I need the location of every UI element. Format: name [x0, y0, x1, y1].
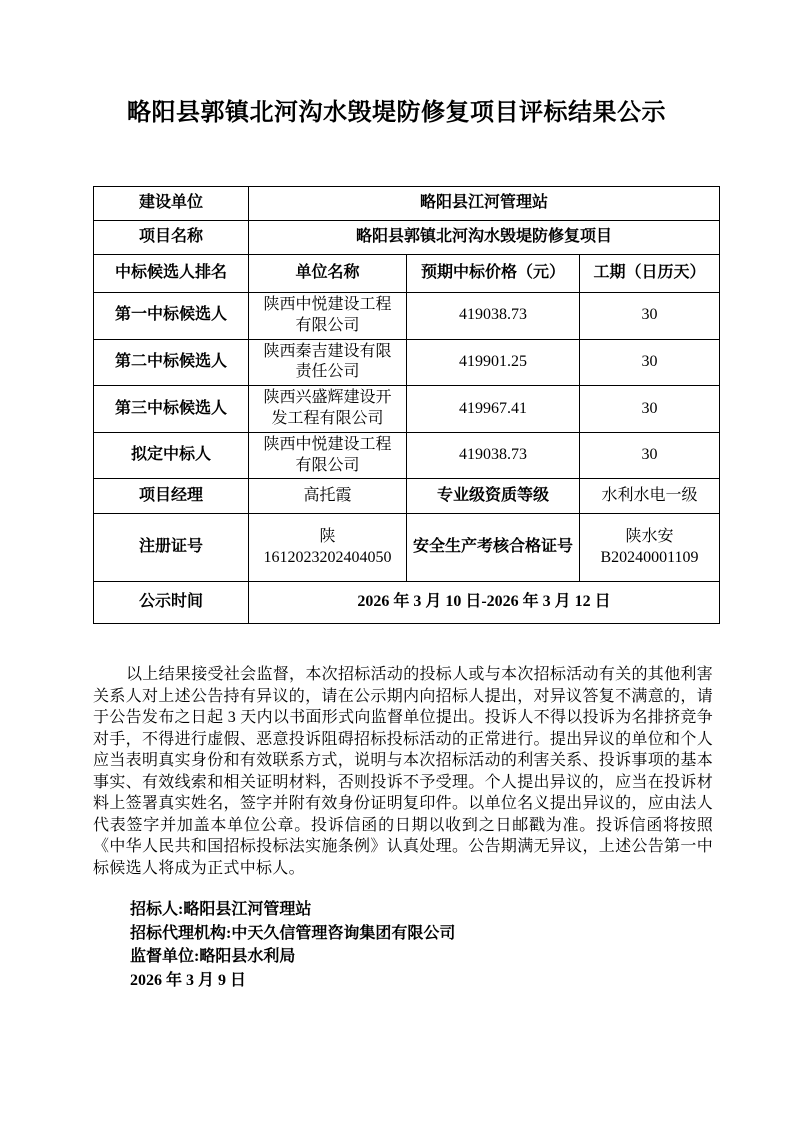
table-row-candidate-2: 第二中标候选人 陕西秦吉建设有限 责任公司 419901.25 30	[94, 339, 720, 386]
candidate-1-rank: 第一中标候选人	[94, 293, 249, 340]
signature-block: 招标人:略阳县江河管理站 招标代理机构:中天久信管理咨询集团有限公司 监督单位:…	[130, 898, 793, 992]
header-price: 预期中标价格（元）	[407, 255, 580, 293]
header-company: 单位名称	[249, 255, 407, 293]
announcement-date: 2026 年 3 月 9 日	[130, 969, 793, 993]
table-row-certificates: 注册证号 陕 1612023202404050 安全生产考核合格证号 陕水安 B…	[94, 514, 720, 582]
project-name-label: 项目名称	[94, 221, 249, 255]
table-row-project-name: 项目名称 略阳县郭镇北河沟水毁堤防修复项目	[94, 221, 720, 255]
qualification-value: 水利水电一级	[580, 479, 720, 514]
proposed-winner-rank: 拟定中标人	[94, 432, 249, 479]
publicity-period-value: 2026 年 3 月 10 日-2026 年 3 月 12 日	[249, 582, 720, 624]
publicity-period-label: 公示时间	[94, 582, 249, 624]
safety-cert-label: 安全生产考核合格证号	[407, 514, 580, 582]
table-header-row: 中标候选人排名 单位名称 预期中标价格（元） 工期（日历天）	[94, 255, 720, 293]
supervision-notice-paragraph: 以上结果接受社会监督，本次招标活动的投标人或与本次招标活动有关的其他利害关系人对…	[93, 664, 713, 879]
table-row-candidate-3: 第三中标候选人 陕西兴盛辉建设开 发工程有限公司 419967.41 30	[94, 386, 720, 433]
registration-cert-label: 注册证号	[94, 514, 249, 582]
proposed-winner-company: 陕西中悦建设工程 有限公司	[249, 432, 407, 479]
registration-cert-value: 陕 1612023202404050	[249, 514, 407, 582]
candidate-2-price: 419901.25	[407, 339, 580, 386]
candidate-3-rank: 第三中标候选人	[94, 386, 249, 433]
candidate-2-duration: 30	[580, 339, 720, 386]
table-row-candidate-1: 第一中标候选人 陕西中悦建设工程 有限公司 419038.73 30	[94, 293, 720, 340]
table-row-publicity-period: 公示时间 2026 年 3 月 10 日-2026 年 3 月 12 日	[94, 582, 720, 624]
construction-unit-value: 略阳县江河管理站	[249, 187, 720, 221]
candidate-2-rank: 第二中标候选人	[94, 339, 249, 386]
project-name-value: 略阳县郭镇北河沟水毁堤防修复项目	[249, 221, 720, 255]
proposed-winner-price: 419038.73	[407, 432, 580, 479]
page-title: 略阳县郭镇北河沟水毁堤防修复项目评标结果公示	[0, 0, 793, 128]
candidate-3-company: 陕西兴盛辉建设开 发工程有限公司	[249, 386, 407, 433]
proposed-winner-duration: 30	[580, 432, 720, 479]
candidate-2-company: 陕西秦吉建设有限 责任公司	[249, 339, 407, 386]
candidate-1-duration: 30	[580, 293, 720, 340]
tenderer-line: 招标人:略阳县江河管理站	[130, 898, 793, 922]
bid-result-table: 建设单位 略阳县江河管理站 项目名称 略阳县郭镇北河沟水毁堤防修复项目 中标候选…	[93, 186, 720, 624]
project-manager-value: 高托霞	[249, 479, 407, 514]
table-row-proposed-winner: 拟定中标人 陕西中悦建设工程 有限公司 419038.73 30	[94, 432, 720, 479]
candidate-3-price: 419967.41	[407, 386, 580, 433]
safety-cert-value: 陕水安 B20240001109	[580, 514, 720, 582]
announcement-page: 略阳县郭镇北河沟水毁堤防修复项目评标结果公示 建设单位 略阳县江河管理站 项目名…	[0, 0, 793, 1122]
project-manager-label: 项目经理	[94, 479, 249, 514]
table-row-project-manager: 项目经理 高托霞 专业级资质等级 水利水电一级	[94, 479, 720, 514]
candidate-1-price: 419038.73	[407, 293, 580, 340]
agency-line: 招标代理机构:中天久信管理咨询集团有限公司	[130, 922, 793, 946]
table-row-construction-unit: 建设单位 略阳县江河管理站	[94, 187, 720, 221]
candidate-3-duration: 30	[580, 386, 720, 433]
supervision-unit-line: 监督单位:略阳县水利局	[130, 945, 793, 969]
construction-unit-label: 建设单位	[94, 187, 249, 221]
header-duration: 工期（日历天）	[580, 255, 720, 293]
qualification-label: 专业级资质等级	[407, 479, 580, 514]
candidate-1-company: 陕西中悦建设工程 有限公司	[249, 293, 407, 340]
header-rank: 中标候选人排名	[94, 255, 249, 293]
